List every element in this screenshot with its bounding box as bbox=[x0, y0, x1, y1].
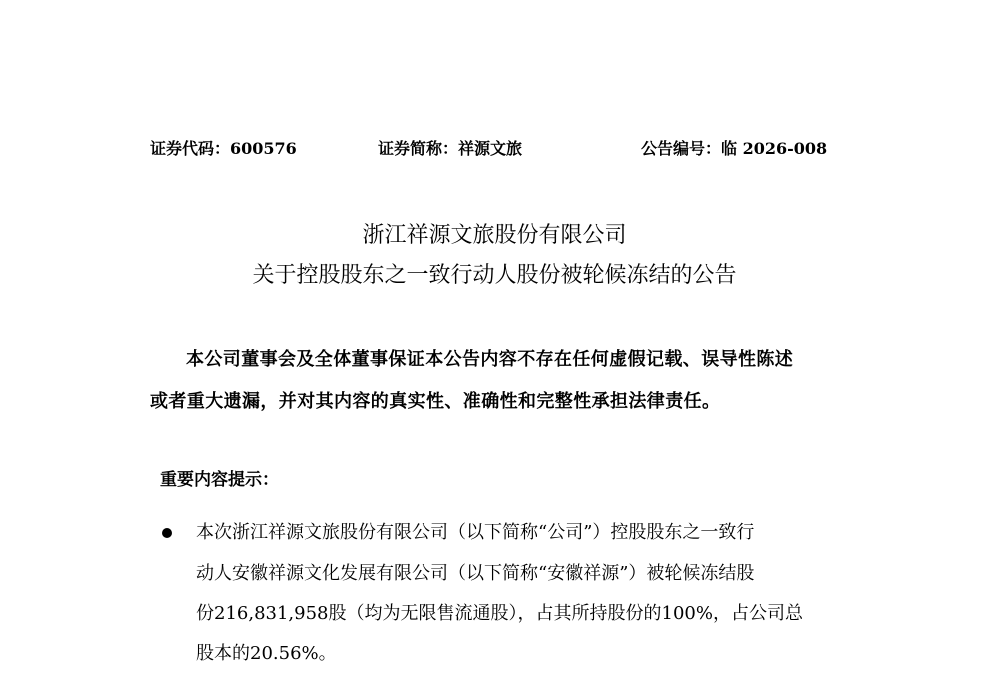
declaration-line-1: 本公司董事会及全体董事保证本公告内容不存在任何虚假记载、误导性陈述 bbox=[186, 347, 793, 373]
bullet-line-3: 份216,831,958股（均为无限售流通股），占其所持股份的100%，占公司总 bbox=[196, 601, 803, 627]
bullet-line-2: 动人安徽祥源文化发展有限公司（以下简称“安徽祥源”）被轮候冻结股 bbox=[196, 561, 754, 587]
stock-name: 证券简称：祥源文旅 bbox=[378, 138, 522, 160]
announcement-number: 公告编号：临 2026-008 bbox=[641, 138, 827, 160]
declaration-line-2: 或者重大遗漏，并对其内容的真实性、准确性和完整性承担法律责任。 bbox=[150, 389, 720, 415]
bullet-icon bbox=[162, 528, 172, 538]
bullet-line-4: 股本的20.56%。 bbox=[196, 641, 337, 667]
title-subject: 关于控股股东之一致行动人股份被轮候冻结的公告 bbox=[0, 261, 989, 291]
title-company: 浙江祥源文旅股份有限公司 bbox=[0, 221, 989, 251]
section-heading: 重要内容提示： bbox=[160, 468, 279, 492]
stock-code: 证券代码：600576 bbox=[150, 138, 297, 160]
bullet-line-1: 本次浙江祥源文旅股份有限公司（以下简称“公司”）控股股东之一致行 bbox=[196, 520, 754, 546]
